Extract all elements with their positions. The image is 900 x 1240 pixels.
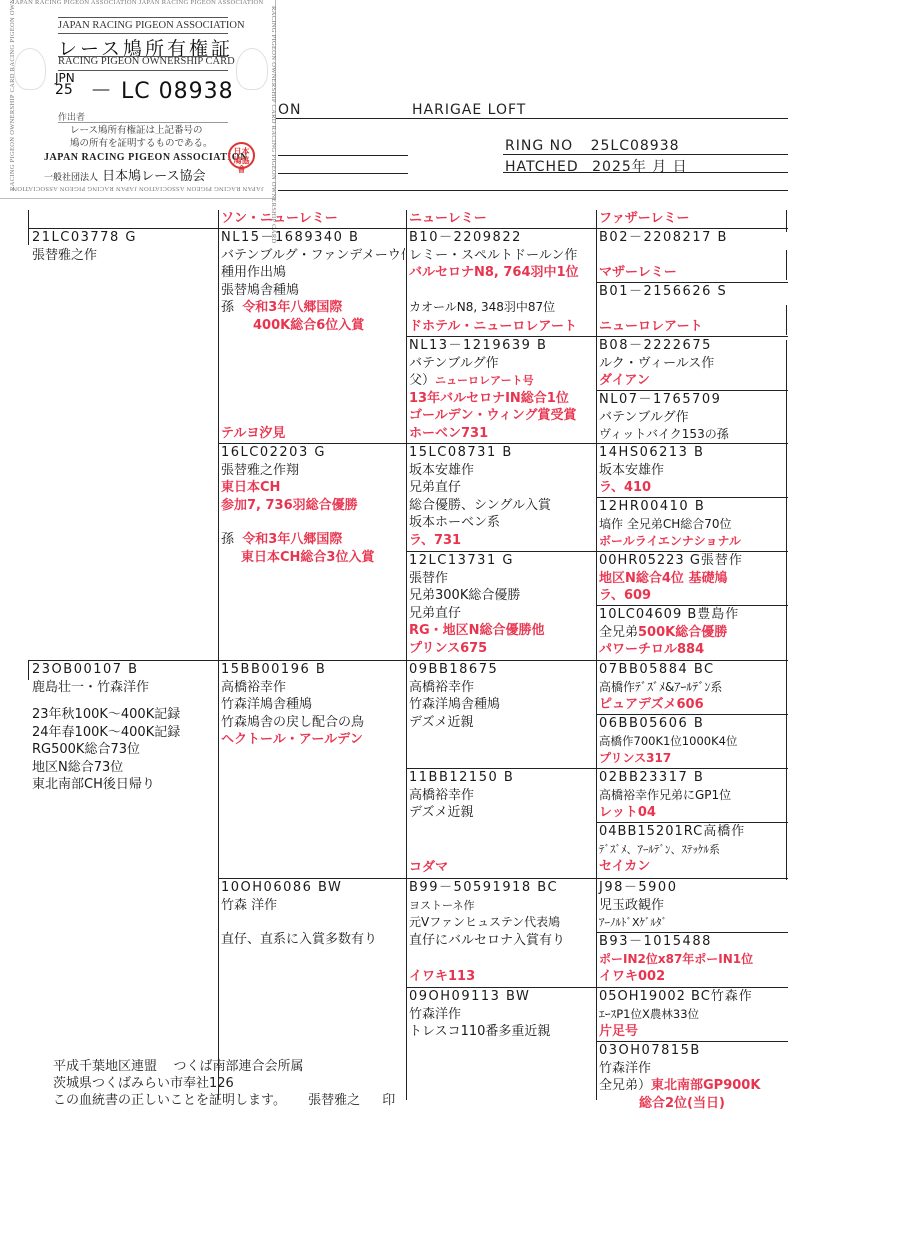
card-edge-top-text: JAPAN RACING PIGEON ASSOCIATION JAPAN RA…	[12, 0, 264, 6]
gen3-line: 高橋裕幸作	[409, 787, 514, 805]
dam-record: 24年春100K～400K記録	[32, 724, 180, 742]
gen2-cell: 10OH06086 BW 竹森 洋作 直仔、直系に入賞多数有り	[221, 879, 377, 949]
gen4-line: ヴィットバイク153の孫	[599, 426, 729, 444]
gen3-ring: B10－2209822	[409, 229, 579, 247]
gen3-ring: 09BB18675	[409, 661, 500, 679]
gen4-red-line: ラ、609	[599, 587, 743, 605]
gen4-red-line: 総合2位(当日)	[599, 1095, 760, 1113]
gen3-line: 直仔にバルセロナ入賞有り	[409, 932, 565, 950]
card-statement-line: 鳩の所有を証明するものである。	[70, 137, 213, 150]
gen3-red-line: プリンス675	[409, 640, 545, 658]
gen3-line: 坂本ホーベン系	[409, 514, 551, 532]
gen3-line: バテンブルグ作	[409, 355, 576, 373]
card-ring-code: LC 08938	[121, 79, 234, 104]
gen4-line: 児玉政観作	[599, 897, 677, 915]
gen2-note-prefix: 孫	[221, 532, 234, 547]
card-ring-dash: －	[90, 79, 113, 104]
gen4-cell: 14HS06213 B 坂本安雄作 ラ、410	[599, 444, 704, 497]
gen4-line: ルク・ヴィールス作	[599, 355, 714, 373]
hatched-field: HATCHED 2025年 月 日	[505, 156, 688, 176]
gen2-note: 令和3年八郷国際	[242, 300, 342, 315]
card-divider	[58, 70, 228, 71]
gen3-red-line: ラ、731	[409, 532, 551, 550]
sire-breeder: 張替雅之作	[32, 247, 137, 265]
gen4-ring: 06BB05606 B	[599, 715, 737, 733]
header-partial-label: ON	[278, 102, 302, 118]
card-country-year: JPN 25	[55, 72, 75, 96]
gen3-line: 竹森洋作	[409, 1006, 550, 1024]
gen4-red-line: セイカン	[599, 858, 745, 876]
gen2-line: 竹森 洋作	[221, 897, 377, 915]
card-year: 25	[55, 84, 75, 96]
gen2-note: 東日本CH総合3位入賞	[221, 549, 374, 567]
dam-breeder: 鹿島壮一・竹森洋作	[32, 679, 180, 697]
gen4-line: ｱｰﾉﾙﾄﾞXｹﾞﾙﾀﾞ	[599, 914, 677, 932]
gen4-name: ニューロレアート	[599, 318, 703, 336]
gen2-line: 張替鳩舎種鳩	[221, 282, 405, 300]
card-statement: レース鳩所有権証は上記番号の 鳩の所有を証明するものである。	[70, 124, 213, 150]
table-border	[218, 210, 219, 1100]
gen4-prefix: 全兄弟	[599, 625, 638, 640]
gen4-ring: B93－1015488	[599, 933, 753, 951]
gen3-ring: 09OH09113 BW	[409, 988, 550, 1006]
gen4-red-line: ポーIN2位x87年ポーIN1位	[599, 951, 753, 969]
gen4-cell: B08－2222675 ルク・ヴィールス作 ダイアン	[599, 337, 714, 390]
gen4-cell: 06BB05606 B 高橋作700K1位1000K4位 プリンス317	[599, 715, 737, 768]
footer-certification: 平成千葉地区連盟 つくば南部連合会所属 茨城県つくばみらい市奉社126 この血統…	[53, 1058, 395, 1109]
gen2-cell: NL15－1689340 B バテンブルグ・ファンデメーウ作 種用作出鳩 張替鳩…	[221, 229, 405, 334]
card-association-name: 日本鳩レース協会	[102, 169, 205, 184]
gen2-line: バテンブルグ・ファンデメーウ作	[221, 247, 405, 265]
gen3-name: ニューレミー	[409, 210, 487, 228]
gen3-name: ホーベン731	[409, 425, 488, 443]
gen4-cell: 12HR00410 B 塙作 全兄弟CH総合70位 ボールライエンナショナル	[599, 498, 741, 551]
gen3-line: 兄弟直仔	[409, 479, 551, 497]
footer-statement: この血統書の正しいことを証明します。	[53, 1093, 286, 1108]
gen3-ring: NL13－1219639 B	[409, 337, 576, 355]
gen4-line: 高橋作700K1位1000K4位	[599, 733, 737, 751]
gen4-ring: 14HS06213 B	[599, 444, 704, 462]
gen4-ring: 02BB23317 B	[599, 769, 731, 787]
gen3-father-prefix: 父）	[409, 373, 435, 388]
header-rule	[503, 154, 788, 155]
gen3-red-line: RG・地区N総合優勝他	[409, 622, 545, 640]
gen3-line: ヨストーネ作	[409, 897, 565, 915]
footer-club: 平成千葉地区連盟 つくば南部連合会所属	[53, 1058, 395, 1075]
table-border	[596, 210, 597, 1100]
gen4-ring: B01－2156626 S	[599, 283, 727, 301]
gen4-red-line: レット04	[599, 804, 731, 822]
gen2-line: 竹森洋鳩舎種鳩	[221, 696, 364, 714]
gen4-line: ｴｰｽP1位X農林33位	[599, 1006, 753, 1024]
card-association-jp: 一般社団法人 日本鳩レース協会	[44, 165, 206, 184]
gen2-note: 400K総合6位入賞	[221, 317, 405, 335]
gen4-cell: 10LC04609 B豊島作 全兄弟500K総合優勝 パワーチロル884	[599, 606, 739, 659]
gen3-line: 元Vファンヒュステン代表鳩	[409, 914, 565, 932]
table-border	[28, 660, 29, 680]
gen3-red-line: バルセロナN8, 764羽中1位	[409, 264, 579, 282]
gen2-line: 高橋裕幸作	[221, 679, 364, 697]
gen2-red-line: 参加7, 736羽総合優勝	[221, 497, 374, 515]
gen2-line: 張替雅之作翔	[221, 462, 374, 480]
gen4-prefix-red: 東北南部GP900K	[651, 1078, 760, 1093]
gen4-line: 竹森洋作	[599, 1060, 760, 1078]
gen3-name: コダマ	[409, 859, 448, 877]
gen3-cell: B10－2209822 レミー・スペルトドールン作 バルセロナN8, 764羽中…	[409, 229, 579, 316]
gen4-line: 高橋裕幸作兄弟にGP1位	[599, 787, 731, 805]
gen4-ring: 07BB05884 BC	[599, 661, 722, 679]
card-statement-line: レース鳩所有権証は上記番号の	[70, 124, 213, 137]
gen4-prefix: 全兄弟）	[599, 1078, 651, 1093]
card-divider	[58, 17, 228, 18]
gen4-cell: J98－5900 児玉政観作 ｱｰﾉﾙﾄﾞXｹﾞﾙﾀﾞ	[599, 879, 677, 932]
gen4-cell: NL07－1765709 バテンブルグ作 ヴィットバイク153の孫	[599, 391, 729, 444]
gen4-ring: NL07－1765709	[599, 391, 729, 409]
header-rule	[278, 190, 788, 191]
gen2-name: テルヨ汐見	[221, 425, 285, 443]
gen4-ring: J98－5900	[599, 879, 677, 897]
card-edge-left-text: RACING PIGEON OWNERSHIP CARD RACING PIGE…	[9, 6, 16, 191]
gen2-red-line: ヘクトール・アールデン	[221, 731, 364, 749]
gen2-red-line: 東日本CH	[221, 479, 374, 497]
gen4-cell: 02BB23317 B 高橋裕幸作兄弟にGP1位 レット04	[599, 769, 731, 822]
gen3-line: デズメ近親	[409, 804, 514, 822]
card-association-en: JAPAN RACING PIGEON ASSOCIATION	[58, 20, 245, 31]
gen3-cell: 15LC08731 B 坂本安雄作 兄弟直仔 総合優勝、シングル入賞 坂本ホーベ…	[409, 444, 551, 549]
gen2-note-prefix: 孫	[221, 300, 234, 315]
gen3-ring: B99－50591918 BC	[409, 879, 565, 897]
dam-record: 東北南部CH後日帰り	[32, 776, 180, 794]
gen4-name: ファザーレミー	[599, 210, 689, 228]
card-association-prefix: 一般社団法人	[44, 173, 98, 183]
gen3-ring: 12LC13731 G	[409, 552, 545, 570]
sire-cell: 21LC03778 G 張替雅之作	[32, 229, 137, 264]
gen4-ring: 00HR05223 G張替作	[599, 552, 743, 570]
footer-signer: 張替雅之	[308, 1093, 360, 1108]
gen4-red-line: ラ、410	[599, 479, 704, 497]
gen3-cell: 09BB18675 高橋裕幸作 竹森洋鳩舎種鳩 デズメ近親	[409, 661, 500, 731]
gen3-line: 兄弟300K総合優勝	[409, 587, 545, 605]
dam-record: 23年秋100K～400K記録	[32, 706, 180, 724]
gen3-cell: 09OH09113 BW 竹森洋作 トレスコ110番多重近親	[409, 988, 550, 1041]
gen4-red-line: プリンス317	[599, 750, 737, 768]
card-edge-bottom-text: JAPAN RACING PIGEON ASSOCIATION JAPAN RA…	[12, 185, 264, 192]
gen3-line: 兄弟直仔	[409, 605, 545, 623]
ring-no-field: RING NO 25LC08938	[505, 138, 680, 154]
header-rule	[278, 173, 408, 174]
gen3-name: ドホテル・ニューロレアート	[409, 318, 577, 336]
gen4-line: 塙作 全兄弟CH総合70位	[599, 516, 741, 534]
gen2-name: ソン・ニューレミー	[221, 210, 338, 228]
gen3-line: レミー・スペルトドールン作	[409, 247, 579, 265]
gen3-father-name: ニューロレアート号	[435, 374, 534, 387]
table-border	[786, 340, 787, 880]
table-border	[786, 250, 787, 280]
gen3-line: カオールN8, 348羽中87位	[409, 299, 579, 317]
card-edge-right-text: RACING PIGEON OWNERSHIP CARD RACING PIGE…	[270, 6, 277, 191]
card-ring-number: － LC 08938	[90, 74, 234, 105]
table-border	[786, 305, 787, 335]
gen4-ring: 05OH19002 BC竹森作	[599, 988, 753, 1006]
gen4-cell: 00HR05223 G張替作 地区N総合4位 基礎鳩 ラ、609	[599, 552, 743, 605]
gen4-red-line: ボールライエンナショナル	[599, 533, 741, 551]
gen4-line: ﾃﾞｽﾞﾒ、ｱｰﾙﾃﾞﾝ、ｽﾃｯｹﾙ系	[599, 841, 745, 859]
gen3-name: イワキ113	[409, 968, 475, 986]
gen4-ring: 12HR00410 B	[599, 498, 741, 516]
gen4-line: 高橋作ﾃﾞｽﾞﾒ&ｱｰﾙﾃﾞﾝ系	[599, 679, 722, 697]
gen3-line: 総合優勝、シングル入賞	[409, 497, 551, 515]
footer-address: 茨城県つくばみらい市奉社126	[53, 1075, 395, 1092]
sire-ring: 21LC03778 G	[32, 229, 137, 247]
gen3-cell: 11BB12150 B 高橋裕幸作 デズメ近親	[409, 769, 514, 822]
card-association-smallcaps: JAPAN RACING PIGEON ASSOCIATION	[44, 152, 248, 163]
gen4-red-line: 地区N総合4位 基礎鳩	[599, 570, 743, 588]
gen4-red-line: ピュアデズメ606	[599, 696, 722, 714]
dam-cell: 23OB00107 B 鹿島壮一・竹森洋作 23年秋100K～400K記録 24…	[32, 661, 180, 794]
association-seal-icon: 日本鳩協會	[228, 142, 255, 169]
gen3-cell: 12LC13731 G 張替作 兄弟300K総合優勝 兄弟直仔 RG・地区N総合…	[409, 552, 545, 657]
gen3-line: 坂本安雄作	[409, 462, 551, 480]
header-rule	[503, 172, 788, 173]
loft-name: HARIGAE LOFT	[412, 102, 526, 118]
gen3-red-line: ゴールデン・ウィング賞受賞	[409, 407, 576, 425]
gen3-red-line: 13年バルセロナIN総合1位	[409, 390, 576, 408]
gen4-cell: 05OH19002 BC竹森作 ｴｰｽP1位X農林33位 片足号	[599, 988, 753, 1041]
header-rule	[278, 155, 408, 156]
pigeon-right-icon	[236, 48, 268, 90]
gen4-line: 坂本安雄作	[599, 462, 704, 480]
gen2-cell: 15BB00196 B 高橋裕幸作 竹森洋鳩舎種鳩 竹森鳩舎の戻し配合の鳥 ヘク…	[221, 661, 364, 749]
gen4-ring: 03OH07815B	[599, 1042, 760, 1060]
gen3-ring: 11BB12150 B	[409, 769, 514, 787]
gen3-line: 高橋裕幸作	[409, 679, 500, 697]
gen4-cell: 03OH07815B 竹森洋作 全兄弟）東北南部GP900K 総合2位(当日)	[599, 1042, 760, 1112]
gen2-note: 令和3年八郷国際	[242, 532, 342, 547]
gen3-line: 竹森洋鳩舎種鳩	[409, 696, 500, 714]
table-border	[406, 210, 407, 1100]
gen4-prefix-red: 500K総合優勝	[638, 625, 727, 640]
card-title-en: RACING PIGEON OWNERSHIP CARD	[58, 56, 235, 67]
gen4-cell: B93－1015488 ポーIN2位x87年ポーIN1位 イワキ002	[599, 933, 753, 986]
gen4-red-line: イワキ002	[599, 968, 753, 986]
gen4-red-line: 片足号	[599, 1023, 753, 1041]
ring-no-label: RING NO	[505, 138, 573, 154]
gen4-cell: 07BB05884 BC 高橋作ﾃﾞｽﾞﾒ&ｱｰﾙﾃﾞﾝ系 ピュアデズメ606	[599, 661, 722, 714]
dam-record: RG500K総合73位	[32, 741, 180, 759]
footer-seal-mark: 印	[382, 1093, 395, 1108]
gen2-line: 直仔、直系に入賞多数有り	[221, 931, 377, 949]
gen4-red-line: パワーチロル884	[599, 641, 739, 659]
gen2-cell: 16LC02203 G 張替雅之作翔 東日本CH 参加7, 736羽総合優勝 孫…	[221, 444, 374, 566]
gen4-cell: 04BB15201RC高橋作 ﾃﾞｽﾞﾒ、ｱｰﾙﾃﾞﾝ、ｽﾃｯｹﾙ系 セイカン	[599, 823, 745, 876]
gen2-ring: 10OH06086 BW	[221, 879, 377, 897]
ownership-card: JAPAN RACING PIGEON ASSOCIATION JAPAN RA…	[0, 0, 276, 199]
ring-no-value: 25LC08938	[591, 138, 680, 154]
gen4-line: バテンブルグ作	[599, 409, 729, 427]
gen3-line: トレスコ110番多重近親	[409, 1023, 550, 1041]
gen3-ring: 15LC08731 B	[409, 444, 551, 462]
gen4-ring: B02－2208217 B	[599, 229, 728, 247]
gen3-line: 張替作	[409, 570, 545, 588]
gen2-ring: NL15－1689340 B	[221, 229, 405, 247]
pigeon-left-icon	[14, 48, 46, 90]
gen4-name: マザーレミー	[599, 264, 677, 282]
gen3-line: デズメ近親	[409, 714, 500, 732]
gen2-ring: 15BB00196 B	[221, 661, 364, 679]
gen4-ring: 04BB15201RC高橋作	[599, 823, 745, 841]
gen2-line: 種用作出鳩	[221, 264, 405, 282]
gen3-cell: B99－50591918 BC ヨストーネ作 元Vファンヒュステン代表鳩 直仔に…	[409, 879, 565, 949]
dam-ring: 23OB00107 B	[32, 661, 180, 679]
gen2-line: 竹森鳩舎の戻し配合の鳥	[221, 714, 364, 732]
dam-record: 地区N総合73位	[32, 759, 180, 777]
gen4-ring: B08－2222675	[599, 337, 714, 355]
gen3-cell: NL13－1219639 B バテンブルグ作 父）ニューロレアート号 13年バル…	[409, 337, 576, 425]
gen2-ring: 16LC02203 G	[221, 444, 374, 462]
gen4-ring: 10LC04609 B豊島作	[599, 606, 739, 624]
card-divider	[58, 122, 228, 123]
gen4-red-line: ダイアン	[599, 372, 714, 390]
header-rule	[276, 118, 788, 119]
